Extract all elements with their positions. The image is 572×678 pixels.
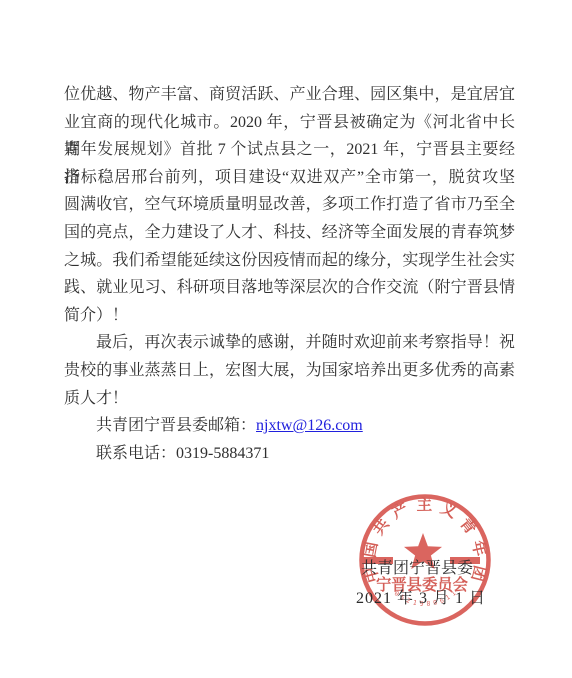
document-page: 位优越、物产丰富、商贸活跃、产业合理、园区集中，是宜居宜 业宜商的现代化城市。2… xyxy=(0,0,572,678)
body-line: 位优越、物产丰富、商贸活跃、产业合理、园区集中，是宜居宜 xyxy=(64,81,515,109)
email-link[interactable]: njxtw@126.com xyxy=(256,417,363,434)
email-label: 共青团宁晋县委邮箱： xyxy=(96,417,256,434)
contact-phone-line: 联系电话：0319-5884371 xyxy=(64,440,515,468)
phone-label: 联系电话： xyxy=(96,445,176,462)
body-line: 指标稳居邢台前列，项目建设“双进双产”全市第一，脱贫攻坚 xyxy=(64,164,515,192)
body-line: 简介）！ xyxy=(64,302,515,330)
body-line: 国的亮点，全力建设了人才、科技、经济等全面发展的青春筑梦 xyxy=(64,219,515,247)
body-line: 青年发展规划》首批 7 个试点县之一，2021 年，宁晋县主要经济 xyxy=(64,136,515,164)
body-line: 之城。我们希望能延续这份因疫情而起的缘分，实现学生社会实 xyxy=(64,247,515,275)
contact-email-line: 共青团宁晋县委邮箱：njxtw@126.com xyxy=(64,412,515,440)
phone-number: 0319-5884371 xyxy=(176,445,269,462)
letter-body: 位优越、物产丰富、商贸活跃、产业合理、园区集中，是宜居宜 业宜商的现代化城市。2… xyxy=(64,81,515,467)
body-line: 贵校的事业蒸蒸日上，宏图大展，为国家培养出更多优秀的高素 xyxy=(64,357,515,385)
signature-org: 共青团宁晋县委 xyxy=(361,560,473,578)
body-line: 最后，再次表示诚挚的感谢，并随时欢迎前来考察指导！祝 xyxy=(64,329,515,357)
body-line: 业宜商的现代化城市。2020 年，宁晋县被确定为《河北省中长期 xyxy=(64,109,515,137)
body-line: 圆满收官，空气环境质量明显改善，多项工作打造了省市乃至全 xyxy=(64,191,515,219)
signature-date: 2021 年 3 月 1 日 xyxy=(356,590,486,608)
body-line: 质人才！ xyxy=(64,385,515,413)
body-line: 践、就业见习、科研项目落地等深层次的合作交流（附宁晋县情 xyxy=(64,274,515,302)
